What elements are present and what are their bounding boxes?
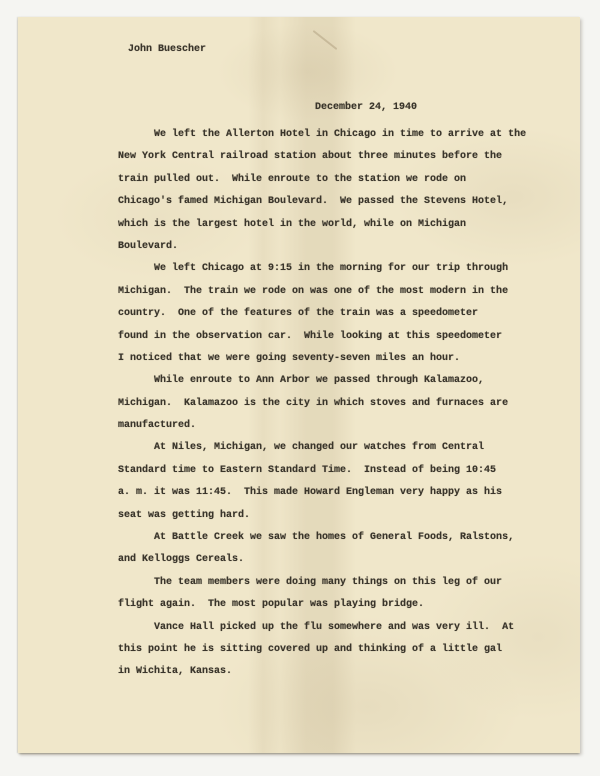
text-line: We left Chicago at 9:15 in the morning f… [118,258,538,280]
text-line: At Battle Creek we saw the homes of Gene… [118,527,538,549]
sender-name: John Buescher [128,43,206,57]
text-line: found in the observation car. While look… [118,326,538,348]
text-line: train pulled out. While enroute to the s… [118,169,538,191]
text-line: Michigan. Kalamazoo is the city in which… [118,393,538,415]
document-page: John Buescher December 24, 1940 We left … [18,17,580,753]
text-line: manufactured. [118,415,538,437]
text-line: in Wichita, Kansas. [118,661,538,683]
text-line: New York Central railroad station about … [118,146,538,168]
text-line: We left the Allerton Hotel in Chicago in… [118,124,538,146]
fold-crease [313,30,338,50]
text-line: Standard time to Eastern Standard Time. … [118,460,538,482]
date-line: December 24, 1940 [315,101,417,115]
typed-text: We left the Allerton Hotel in Chicago in… [118,124,538,684]
text-line: At Niles, Michigan, we changed our watch… [118,437,538,459]
text-line: The team members were doing many things … [118,572,538,594]
text-line: While enroute to Ann Arbor we passed thr… [118,370,538,392]
scan-background: John Buescher December 24, 1940 We left … [0,0,600,776]
text-line: and Kelloggs Cereals. [118,549,538,571]
text-line: flight again. The most popular was playi… [118,594,538,616]
text-line: seat was getting hard. [118,505,538,527]
text-line: a. m. it was 11:45. This made Howard Eng… [118,482,538,504]
text-line: I noticed that we were going seventy-sev… [118,348,538,370]
text-line: Vance Hall picked up the flu somewhere a… [118,617,538,639]
text-line: Chicago's famed Michigan Boulevard. We p… [118,191,538,213]
text-line: which is the largest hotel in the world,… [118,214,538,236]
text-line: this point he is sitting covered up and … [118,639,538,661]
text-line: country. One of the features of the trai… [118,303,538,325]
text-line: Boulevard. [118,236,538,258]
text-line: Michigan. The train we rode on was one o… [118,281,538,303]
